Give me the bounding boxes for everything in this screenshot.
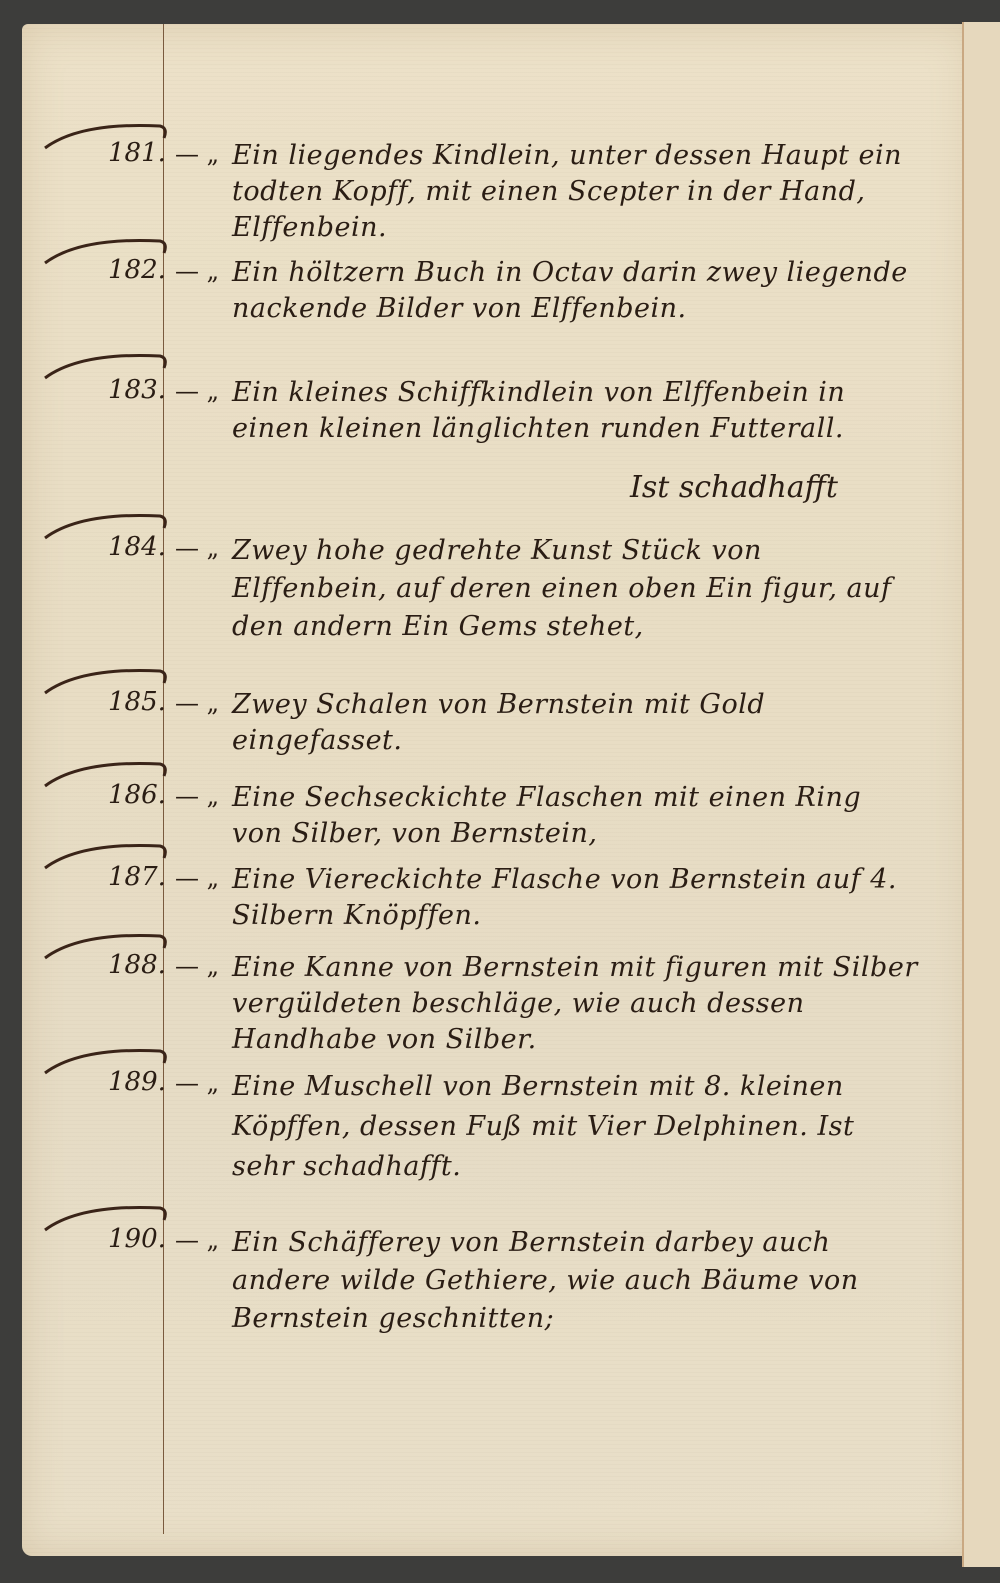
entry-number: 188. [108,950,166,980]
entry-number: 185. [108,687,166,717]
entry-dash: — „ [175,140,219,168]
entry-text: Eine Sechseckichte Flaschen mit einen Ri… [232,780,912,852]
entry-text: Eine Muschell von Bernstein mit 8. klein… [232,1067,912,1187]
entry-number: 190. [108,1224,166,1254]
condition-note: Ist schadhafft [630,470,838,505]
entry-dash: — „ [175,689,219,717]
entry-text: Eine Kanne von Bernstein mit figuren mit… [232,950,952,1058]
adjacent-page-edge [962,22,1000,1567]
entry-number: 187. [108,862,166,892]
entry-number: 189. [108,1067,166,1097]
entry-dash: — „ [175,782,219,810]
entry-dash: — „ [175,1069,219,1097]
entry-text: Ein Schäfferey von Bernstein darbey auch… [232,1224,922,1338]
entry-text: Ein liegendes Kindlein, unter dessen Hau… [232,138,922,246]
entry-text: Eine Viereckichte Flasche von Bernstein … [232,862,912,934]
entry-dash: — „ [175,377,219,405]
entry-number: 181. [108,138,166,168]
entry-number: 182. [108,255,166,285]
entry-text: Ein höltzern Buch in Octav darin zwey li… [232,255,922,327]
entry-text: Zwey Schalen von Bernstein mit Gold eing… [232,687,912,759]
entry-dash: — „ [175,864,219,892]
entry-dash: — „ [175,534,219,562]
entry-dash: — „ [175,1226,219,1254]
entry-dash: — „ [175,257,219,285]
entry-text: Zwey hohe gedrehte Kunst Stück von Elffe… [232,532,922,646]
entry-dash: — „ [175,952,219,980]
entry-number: 183. [108,375,166,405]
entry-number: 184. [108,532,166,562]
entry-number: 186. [108,780,166,810]
entry-text: Ein kleines Schiffkindlein von Elffenbei… [232,375,932,447]
